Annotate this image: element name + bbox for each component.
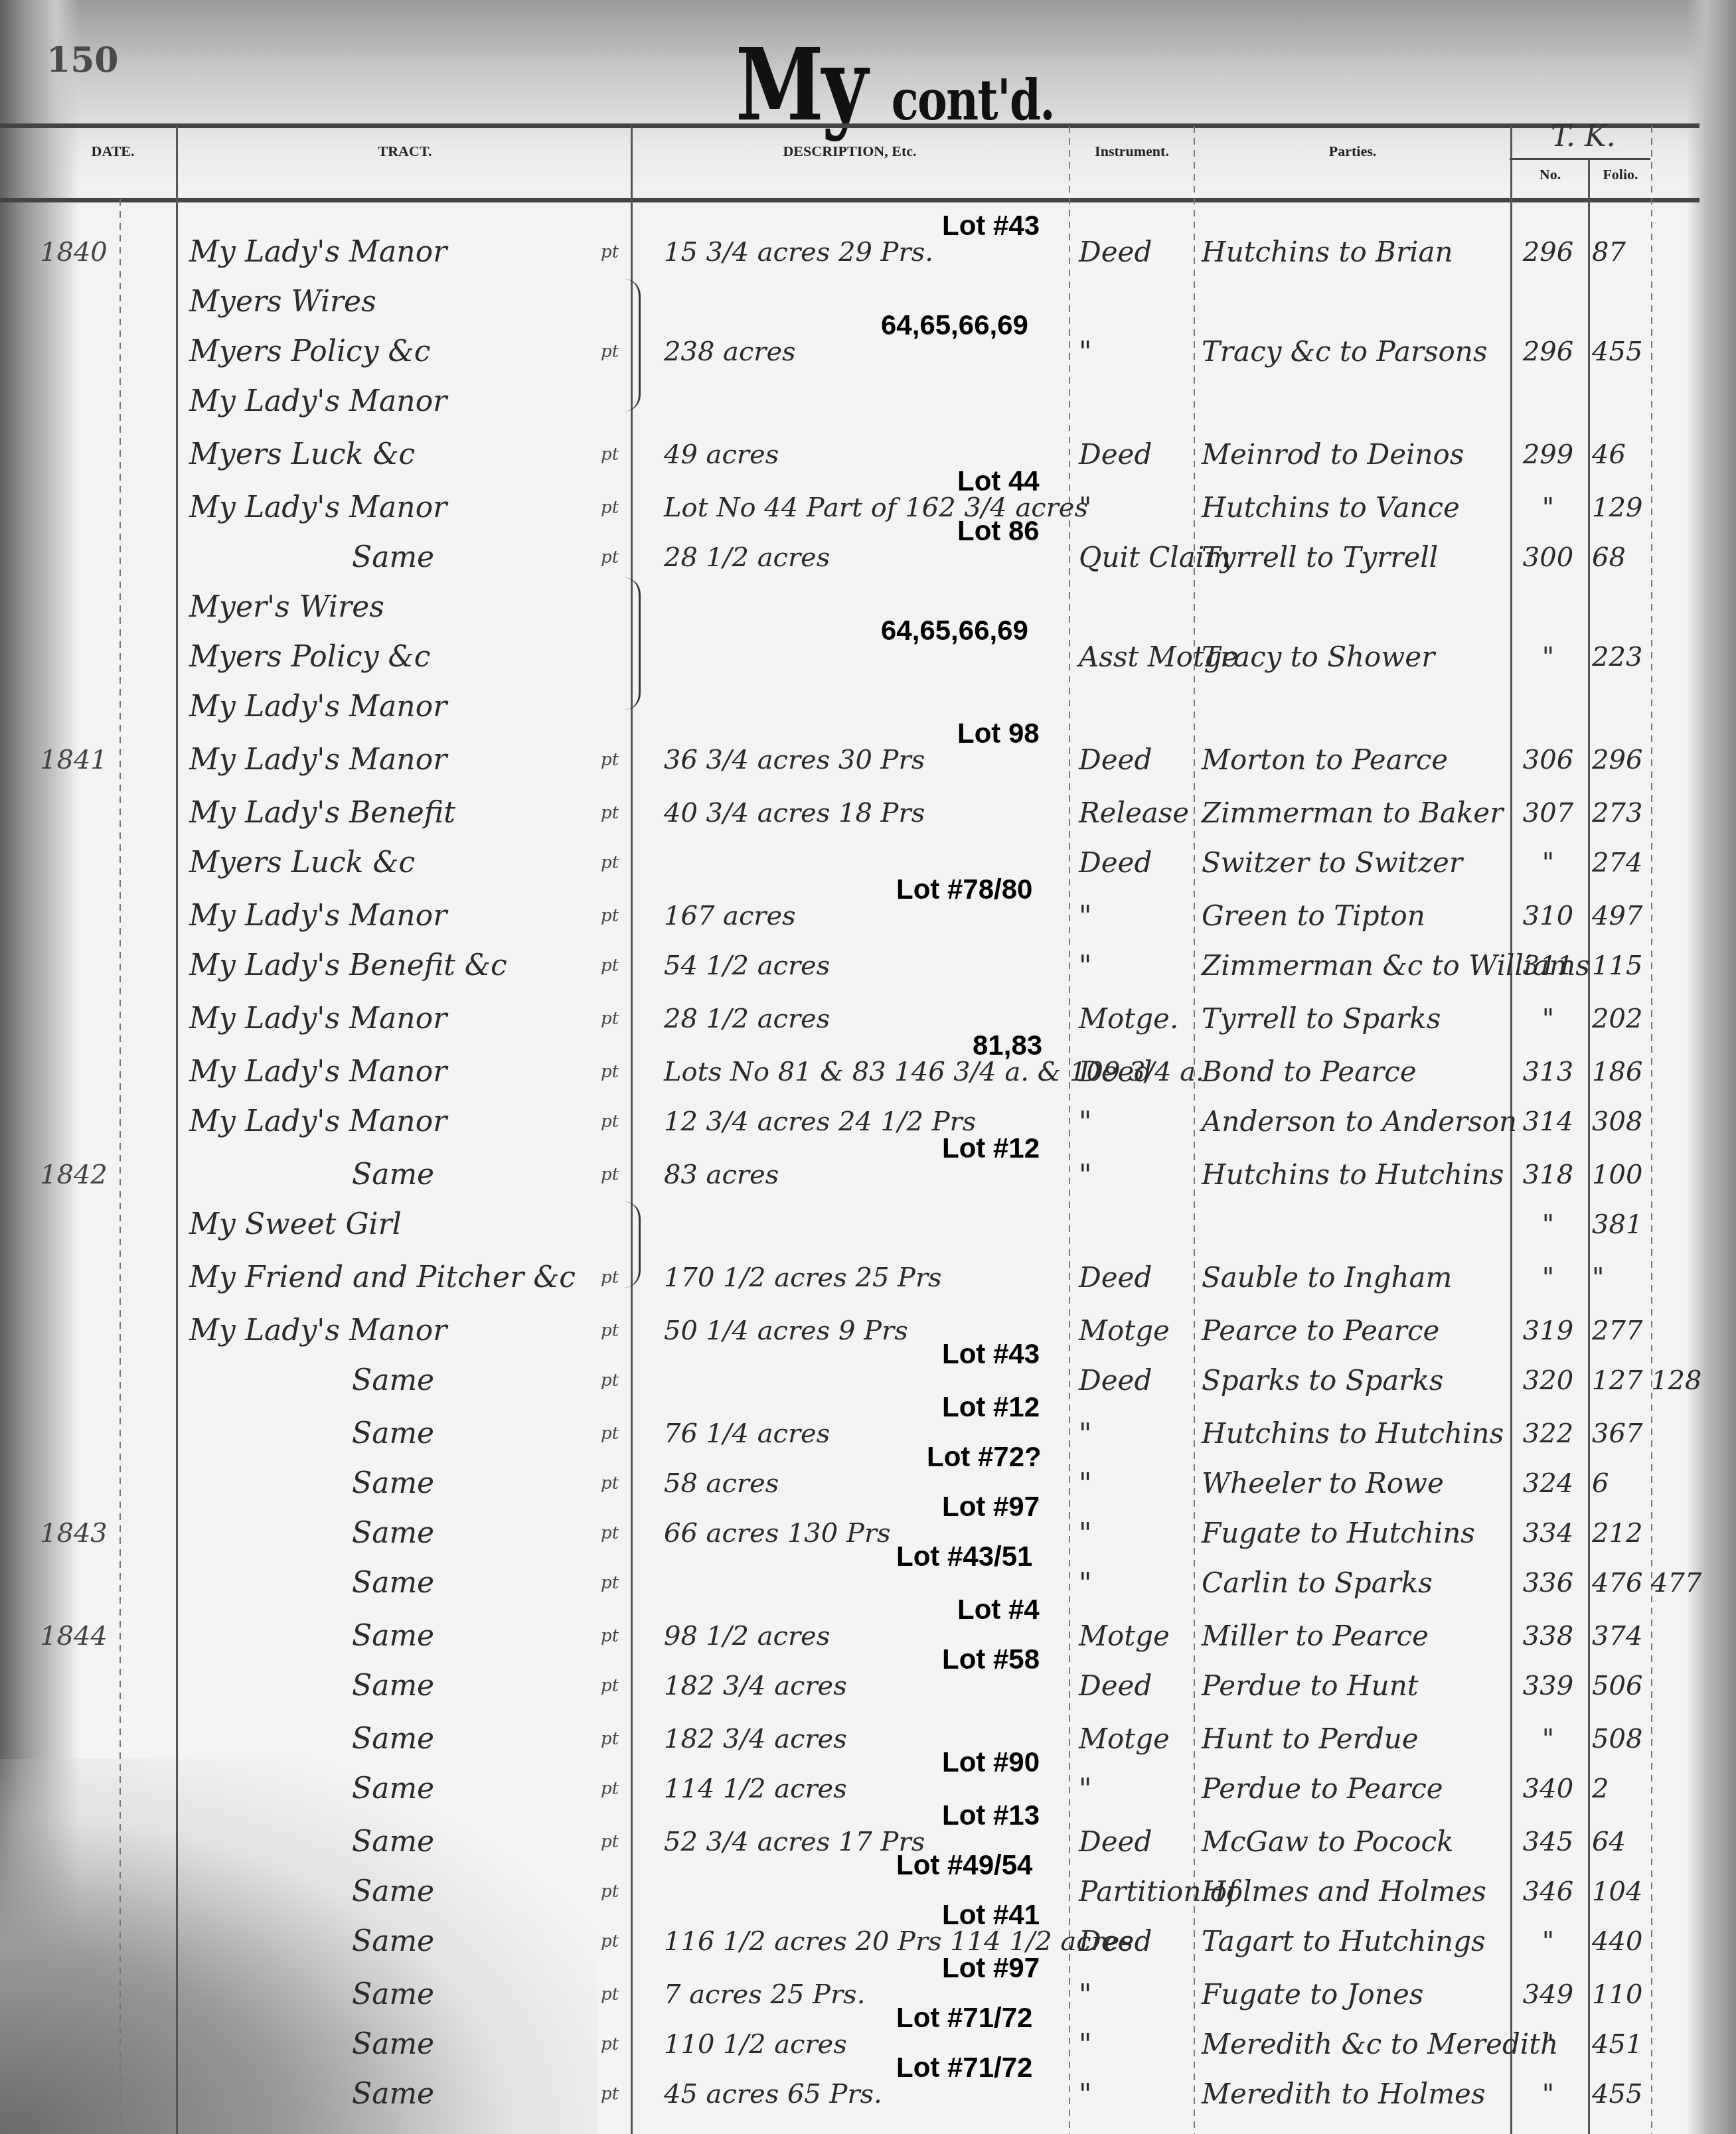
record-no-cell: 324 (1515, 1460, 1581, 1507)
record-no-cell: " (1515, 2071, 1581, 2117)
part-marker: pt (601, 893, 619, 939)
tract-cell: Same (352, 1819, 434, 1865)
parties-cell: Tyrrell to Sparks (1202, 996, 1441, 1042)
folio-cell: 367 (1592, 1410, 1658, 1457)
ledger-row: Samept76 1/4 acres"Hutchins to Hutchins3… (0, 1410, 1699, 1457)
part-marker: pt (601, 1766, 619, 1812)
tract-cell: My Lady's Manor (189, 996, 447, 1042)
description-cell: 28 1/2 acres (664, 534, 830, 581)
folio-cell: 2 (1592, 1766, 1658, 1812)
parties-cell: Fugate to Jones (1202, 1971, 1423, 2018)
parties-cell: Hutchins to Brian (1202, 229, 1453, 275)
folio-cell: 129 (1592, 485, 1658, 531)
header-top-rule (0, 123, 1699, 128)
record-no-cell: 313 (1515, 1049, 1581, 1095)
tract-cell: Same (352, 1918, 434, 1965)
description-cell: 98 1/2 acres (664, 1613, 830, 1659)
lot-annotation: 64,65,66,69 (881, 309, 1028, 342)
tract-cell: My Lady's Manor (189, 684, 447, 730)
parties-cell: Carlin to Sparks (1202, 1560, 1433, 1606)
part-marker: pt (601, 2071, 619, 2117)
tract-cell: Same (352, 1766, 434, 1812)
ledger-row: 1841My Lady's Manorpt36 3/4 acres 30 Prs… (0, 737, 1699, 783)
instrument-cell: " (1079, 943, 1091, 989)
parties-cell: Pearce to Pearce (1202, 1308, 1439, 1354)
ledger-row: My Lady's Manorpt167 acres"Green to Tipt… (0, 893, 1699, 939)
parties-cell: Perdue to Pearce (1202, 1766, 1443, 1812)
parties-cell: Hutchins to Hutchins (1202, 1410, 1504, 1457)
record-no-cell: 310 (1515, 893, 1581, 939)
ledger-row: 1840My Lady's Manorpt15 3/4 acres 29 Prs… (0, 229, 1699, 275)
tract-cell: My Lady's Manor (189, 1308, 447, 1354)
part-marker: pt (601, 1308, 619, 1354)
column-header-instrument: Instrument. (1070, 143, 1194, 160)
header-bottom-rule (0, 198, 1699, 202)
description-cell: 83 acres (664, 1152, 779, 1198)
lot-annotation: Lot #43 (942, 209, 1040, 242)
lot-annotation: Lot 86 (957, 514, 1040, 548)
ledger-row: 1843Samept66 acres 130 Prs"Fugate to Hut… (0, 1510, 1699, 1557)
ledger-row: 1842Samept83 acres"Hutchins to Hutchins3… (0, 1152, 1699, 1198)
ledger-row: My Lady's Benefit &cpt54 1/2 acres"Zimme… (0, 943, 1699, 989)
record-no-cell: 349 (1515, 1971, 1581, 2018)
record-no-cell: " (1515, 1716, 1581, 1762)
description-cell: 12 3/4 acres 24 1/2 Prs (664, 1099, 976, 1145)
tract-cell: Same (352, 1716, 434, 1762)
tk-header-rule (1510, 158, 1650, 160)
ledger-row: Samept"Carlin to Sparks336476 477Lot #43… (0, 1560, 1699, 1606)
instrument-cell: " (1079, 329, 1091, 375)
folio-cell: 87 (1592, 229, 1658, 275)
folio-cell: 223 (1592, 634, 1658, 680)
part-marker: pt (601, 329, 619, 375)
lot-annotation: Lot 44 (957, 465, 1040, 498)
folio-cell: " (1592, 1255, 1658, 1301)
ledger-row: Samept182 3/4 acresMotgeHunt to Perdue"5… (0, 1716, 1699, 1762)
ledger-row: My Lady's Manorpt12 3/4 acres 24 1/2 Prs… (0, 1099, 1699, 1145)
record-no-cell: 322 (1515, 1410, 1581, 1457)
parties-cell: Zimmerman to Baker (1202, 790, 1503, 836)
record-no-cell: " (1515, 634, 1581, 680)
record-no-cell: " (1515, 485, 1581, 531)
lot-annotation: Lot 98 (957, 717, 1040, 750)
ledger-row: My Lady's Manorpt28 1/2 acresMotge.Tyrre… (0, 996, 1699, 1042)
ledger-row: My Lady's ManorptLot No 44 Part of 162 3… (0, 485, 1699, 531)
parties-cell: Tyrrell to Tyrrell (1202, 534, 1438, 581)
parties-cell: Sparks to Sparks (1202, 1357, 1443, 1404)
description-cell: 54 1/2 acres (664, 943, 830, 989)
folio-cell: 212 (1592, 1510, 1658, 1557)
folio-cell: 374 (1592, 1613, 1658, 1659)
folio-cell: 115 (1592, 943, 1658, 989)
instrument-cell: Deed (1079, 1049, 1152, 1095)
instrument-cell: Motge. (1079, 996, 1178, 1042)
description-cell: 28 1/2 acres (664, 996, 830, 1042)
part-marker: pt (601, 1613, 619, 1659)
tract-cell: Same (352, 1971, 434, 2018)
part-marker: pt (601, 1410, 619, 1457)
part-marker: pt (601, 840, 619, 886)
part-marker: pt (601, 1868, 619, 1915)
tract-cell: Same (352, 2021, 434, 2068)
part-marker: pt (601, 1716, 619, 1762)
folio-cell: 508 (1592, 1716, 1658, 1762)
record-no-cell: 296 (1515, 229, 1581, 275)
tract-cell: My Lady's Manor (189, 737, 447, 783)
part-marker: pt (601, 1255, 619, 1301)
description-cell: 66 acres 130 Prs (664, 1510, 891, 1557)
tract-cell: My Lady's Manor (189, 229, 447, 275)
ledger-row: Samept114 1/2 acres"Perdue to Pearce3402… (0, 1766, 1699, 1812)
ledger-row: Samept110 1/2 acres"Meredith &c to Mered… (0, 2021, 1699, 2068)
tract-cell: My Lady's Manor (189, 378, 447, 425)
ledger-row: SameptDeedSparks to Sparks320127 128Lot … (0, 1357, 1699, 1404)
tract-cell: My Lady's Manor (189, 485, 447, 531)
parties-cell: Anderson to Anderson (1202, 1099, 1517, 1145)
record-no-cell: 314 (1515, 1099, 1581, 1145)
ledger-row: My Sweet Girl"381 (0, 1201, 1699, 1248)
part-marker: pt (601, 943, 619, 989)
ledger-row: My Friend and Pitcher &cpt170 1/2 acres … (0, 1255, 1699, 1301)
record-no-cell: 340 (1515, 1766, 1581, 1812)
tract-cell: Same (352, 1663, 434, 1709)
description-cell: 15 3/4 acres 29 Prs. (664, 229, 933, 275)
instrument-cell: Deed (1079, 1357, 1152, 1404)
description-cell: 49 acres (664, 431, 779, 478)
folio-cell: 451 (1592, 2021, 1658, 2068)
description-cell: 182 3/4 acres (664, 1663, 847, 1709)
page-number: 150 (46, 40, 119, 80)
parties-cell: Fugate to Hutchins (1202, 1510, 1475, 1557)
ledger-row: Samept52 3/4 acres 17 PrsDeedMcGaw to Po… (0, 1819, 1699, 1865)
parties-cell: Sauble to Ingham (1202, 1255, 1452, 1301)
record-no-cell: 338 (1515, 1613, 1581, 1659)
lot-annotation: Lot #4 (957, 1593, 1040, 1626)
ledger-row: Myer's Wires (0, 584, 1699, 631)
date-cell: 1844 (40, 1613, 139, 1659)
folio-cell: 68 (1592, 534, 1658, 581)
tract-cell: Myers Policy &c (189, 329, 430, 375)
ledger-row: My Lady's Manor (0, 378, 1699, 425)
date-cell: 1840 (40, 229, 139, 275)
description-cell: 110 1/2 acres (664, 2021, 847, 2068)
record-no-cell: 334 (1515, 1510, 1581, 1557)
tract-cell: Myers Luck &c (189, 431, 415, 478)
part-marker: pt (601, 1663, 619, 1709)
lot-annotation: 81,83 (973, 1029, 1042, 1062)
folio-cell: 273 (1592, 790, 1658, 836)
folio-cell: 277 (1592, 1308, 1658, 1354)
record-no-cell: 346 (1515, 1868, 1581, 1915)
description-cell: 45 acres 65 Prs. (664, 2071, 882, 2117)
tract-cell: Same (352, 1357, 434, 1404)
folio-cell: 308 (1592, 1099, 1658, 1145)
folio-cell: 381 (1592, 1201, 1658, 1248)
lot-annotation: Lot #12 (942, 1391, 1040, 1424)
instrument-cell: Motge (1079, 1308, 1170, 1354)
instrument-cell: " (1079, 1766, 1091, 1812)
description-cell: 7 acres 25 Prs. (664, 1971, 865, 2018)
record-no-cell: 320 (1515, 1357, 1581, 1404)
tract-cell: My Friend and Pitcher &c (189, 1255, 576, 1301)
instrument-cell: " (1079, 1099, 1091, 1145)
instrument-cell: " (1079, 893, 1091, 939)
folio-cell: 506 (1592, 1663, 1658, 1709)
part-marker: pt (601, 1510, 619, 1557)
parties-cell: Hunt to Perdue (1202, 1716, 1419, 1762)
description-cell: 52 3/4 acres 17 Prs (664, 1819, 925, 1865)
tract-cell: Same (352, 534, 434, 581)
tract-cell: Same (352, 1510, 434, 1557)
record-no-cell: " (1515, 2021, 1581, 2068)
folio-cell: 110 (1592, 1971, 1658, 2018)
ledger-row: My Lady's Benefitpt40 3/4 acres 18 PrsRe… (0, 790, 1699, 836)
part-marker: pt (601, 1971, 619, 2018)
lot-annotation: Lot #97 (942, 1951, 1040, 1985)
ledger-row: Myers Policy &cpt238 acres"Tracy &c to P… (0, 329, 1699, 375)
lot-annotation: Lot #12 (942, 1132, 1040, 1165)
part-marker: pt (601, 1099, 619, 1145)
parties-cell: Meredith to Holmes (1202, 2071, 1486, 2117)
parties-cell: Morton to Pearce (1202, 737, 1448, 783)
description-cell: 114 1/2 acres (664, 1766, 847, 1812)
lot-annotation: Lot #43 (942, 1337, 1040, 1371)
folio-cell: 104 (1592, 1868, 1658, 1915)
record-no-cell: 300 (1515, 534, 1581, 581)
description-cell: 58 acres (664, 1460, 779, 1507)
part-marker: pt (601, 1918, 619, 1965)
tract-cell: Same (352, 1152, 434, 1198)
instrument-cell: Deed (1079, 431, 1152, 478)
ledger-row: Samept116 1/2 acres 20 Prs 114 1/2 acres… (0, 1918, 1699, 1965)
tract-cell: My Lady's Manor (189, 893, 447, 939)
ledger-row: Myers Policy &cAsst MotgeTracy to Shower… (0, 634, 1699, 680)
parties-cell: Green to Tipton (1202, 893, 1425, 939)
ledger-row: Myers Luck &cptDeedSwitzer to Switzer"27… (0, 840, 1699, 886)
ledger-row: My Lady's ManorptLots No 81 & 83 146 3/4… (0, 1049, 1699, 1095)
lot-annotation: Lot #78/80 (896, 873, 1032, 906)
folio-cell: 497 (1592, 893, 1658, 939)
record-no-cell: 319 (1515, 1308, 1581, 1354)
folio-cell: 46 (1592, 431, 1658, 478)
tract-cell: Myers Wires (189, 279, 376, 325)
instrument-cell: " (1079, 1152, 1091, 1198)
ledger-row: My Lady's Manor (0, 684, 1699, 730)
parties-cell: Bond to Pearce (1202, 1049, 1417, 1095)
lot-annotation: Lot #13 (942, 1799, 1040, 1832)
instrument-cell: Motge (1079, 1716, 1170, 1762)
folio-cell: 440 (1592, 1918, 1658, 1965)
date-cell: 1842 (40, 1152, 139, 1198)
parties-cell: Wheeler to Rowe (1202, 1460, 1444, 1507)
part-marker: pt (601, 737, 619, 783)
instrument-cell: Deed (1079, 1663, 1152, 1709)
record-no-cell: 299 (1515, 431, 1581, 478)
instrument-cell: Deed (1079, 840, 1152, 886)
lot-annotation: Lot #71/72 (896, 2051, 1032, 2084)
part-marker: pt (601, 2021, 619, 2068)
tract-cell: Same (352, 1560, 434, 1606)
parties-cell: Perdue to Hunt (1202, 1663, 1419, 1709)
description-cell: 40 3/4 acres 18 Prs (664, 790, 925, 836)
instrument-cell: Deed (1079, 229, 1152, 275)
parties-cell: Holmes and Holmes (1202, 1868, 1486, 1915)
parties-cell: Tagart to Hutchings (1202, 1918, 1486, 1965)
instrument-cell: " (1079, 1410, 1091, 1457)
record-no-cell: 296 (1515, 329, 1581, 375)
tract-cell: My Lady's Manor (189, 1049, 447, 1095)
column-header-parties: Parties. (1195, 143, 1510, 160)
instrument-cell: " (1079, 1510, 1091, 1557)
tract-cell: Myer's Wires (189, 584, 384, 631)
ledger-row: My Lady's Manorpt50 1/4 acres 9 PrsMotge… (0, 1308, 1699, 1354)
parties-cell: Hutchins to Vance (1202, 485, 1460, 531)
ledger-row: Samept182 3/4 acresDeedPerdue to Hunt339… (0, 1663, 1699, 1709)
part-marker: pt (601, 534, 619, 581)
part-marker: pt (601, 790, 619, 836)
ledger-row: Samept45 acres 65 Prs."Meredith to Holme… (0, 2071, 1699, 2117)
instrument-cell: Motge (1079, 1613, 1170, 1659)
record-no-cell: " (1515, 1255, 1581, 1301)
parties-cell: Miller to Pearce (1202, 1613, 1429, 1659)
folio-cell: 127 128 (1592, 1357, 1658, 1404)
date-cell: 1841 (40, 737, 139, 783)
ledger-row: SameptPartition ofHolmes and Holmes34610… (0, 1868, 1699, 1915)
folio-cell: 274 (1592, 840, 1658, 886)
column-header-description: DESCRIPTION, Etc. (634, 143, 1065, 160)
ledger-row: Myers Luck &cpt49 acresDeedMeinrod to De… (0, 431, 1699, 478)
folio-cell: 186 (1592, 1049, 1658, 1095)
description-cell: 167 acres (664, 893, 796, 939)
lot-annotation: Lot #90 (942, 1746, 1040, 1779)
folio-cell: 100 (1592, 1152, 1658, 1198)
ledger-row: Samept7 acres 25 Prs."Fugate to Jones349… (0, 1971, 1699, 2018)
tract-cell: My Lady's Manor (189, 1099, 447, 1145)
folio-cell: 64 (1592, 1819, 1658, 1865)
record-no-cell: 311 (1515, 943, 1581, 989)
ledger-row: Samept58 acres"Wheeler to Rowe3246Lot #7… (0, 1460, 1699, 1507)
record-no-cell: 306 (1515, 737, 1581, 783)
record-no-cell: 318 (1515, 1152, 1581, 1198)
lot-annotation: Lot #72? (927, 1440, 1042, 1474)
lot-annotation: Lot #49/54 (896, 1849, 1032, 1882)
part-marker: pt (601, 1560, 619, 1606)
folio-cell: 6 (1592, 1460, 1658, 1507)
part-marker: pt (601, 485, 619, 531)
parties-cell: McGaw to Pocock (1202, 1819, 1454, 1865)
instrument-cell: Deed (1079, 1255, 1152, 1301)
lot-annotation: Lot #43/51 (896, 1540, 1032, 1573)
lot-annotation: Lot #71/72 (896, 2001, 1032, 2034)
column-header-no: No. (1512, 166, 1588, 183)
record-no-cell: 307 (1515, 790, 1581, 836)
description-cell: 170 1/2 acres 25 Prs (664, 1255, 942, 1301)
part-marker: pt (601, 1049, 619, 1095)
parties-cell: Switzer to Switzer (1202, 840, 1462, 886)
tract-cell: My Sweet Girl (189, 1201, 402, 1248)
record-no-cell: 345 (1515, 1819, 1581, 1865)
parties-cell: Meinrod to Deinos (1202, 431, 1464, 478)
description-cell: 182 3/4 acres (664, 1716, 847, 1762)
record-no-cell: " (1515, 1918, 1581, 1965)
description-cell: 238 acres (664, 329, 796, 375)
part-marker: pt (601, 229, 619, 275)
ledger-row: Myers Wires (0, 279, 1699, 325)
record-no-cell: " (1515, 840, 1581, 886)
tract-cell: My Lady's Benefit (189, 790, 455, 836)
ledger-row: Samept28 1/2 acresQuit ClaimTyrrell to T… (0, 534, 1699, 581)
parties-cell: Hutchins to Hutchins (1202, 1152, 1504, 1198)
instrument-cell: " (1079, 485, 1091, 531)
column-header-date: DATE. (60, 143, 166, 160)
description-cell: 50 1/4 acres 9 Prs (664, 1308, 908, 1354)
part-marker: pt (601, 431, 619, 478)
tract-cell: Same (352, 1410, 434, 1457)
folio-cell: 296 (1592, 737, 1658, 783)
part-marker: pt (601, 1819, 619, 1865)
folio-cell: 455 (1592, 2071, 1658, 2117)
description-cell: 36 3/4 acres 30 Prs (664, 737, 925, 783)
instrument-cell: " (1079, 2021, 1091, 2068)
folio-cell: 455 (1592, 329, 1658, 375)
lot-annotation: 64,65,66,69 (881, 614, 1028, 647)
date-cell: 1843 (40, 1510, 139, 1557)
description-cell: 76 1/4 acres (664, 1410, 830, 1457)
folio-cell: 202 (1592, 996, 1658, 1042)
part-marker: pt (601, 1152, 619, 1198)
tract-cell: Same (352, 1613, 434, 1659)
instrument-cell: " (1079, 1971, 1091, 2018)
instrument-cell: Deed (1079, 1819, 1152, 1865)
lot-annotation: Lot #97 (942, 1490, 1040, 1523)
parties-cell: Tracy &c to Parsons (1202, 329, 1487, 375)
record-no-cell: 336 (1515, 1560, 1581, 1606)
tract-cell: Myers Policy &c (189, 634, 430, 680)
instrument-cell: " (1079, 1560, 1091, 1606)
folio-cell: 476 477 (1592, 1560, 1658, 1606)
column-header-folio: Folio. (1589, 166, 1652, 183)
ledger-row: 1844Samept98 1/2 acresMotgeMiller to Pea… (0, 1613, 1699, 1659)
part-marker: pt (601, 1460, 619, 1507)
column-header-tk-group: T. K. (1514, 119, 1653, 153)
column-header-tract: TRACT. (179, 143, 631, 160)
record-no-cell: 339 (1515, 1663, 1581, 1709)
parties-cell: Meredith &c to Meredith (1202, 2021, 1558, 2068)
instrument-cell: Deed (1079, 737, 1152, 783)
description-cell: 116 1/2 acres 20 Prs 114 1/2 acres (664, 1918, 1133, 1965)
tract-cell: Same (352, 2071, 434, 2117)
record-no-cell: " (1515, 1201, 1581, 1248)
instrument-cell: " (1079, 1460, 1091, 1507)
instrument-cell: Deed (1079, 1918, 1152, 1965)
instrument-cell: Release (1079, 790, 1189, 836)
instrument-cell: " (1079, 2071, 1091, 2117)
tract-cell: My Lady's Benefit &c (189, 943, 507, 989)
tract-cell: Same (352, 1460, 434, 1507)
part-marker: pt (601, 996, 619, 1042)
parties-cell: Tracy to Shower (1202, 634, 1435, 680)
lot-annotation: Lot #41 (942, 1898, 1040, 1932)
lot-annotation: Lot #58 (942, 1643, 1040, 1676)
record-no-cell: " (1515, 996, 1581, 1042)
tract-cell: Myers Luck &c (189, 840, 415, 886)
tract-cell: Same (352, 1868, 434, 1915)
part-marker: pt (601, 1357, 619, 1404)
